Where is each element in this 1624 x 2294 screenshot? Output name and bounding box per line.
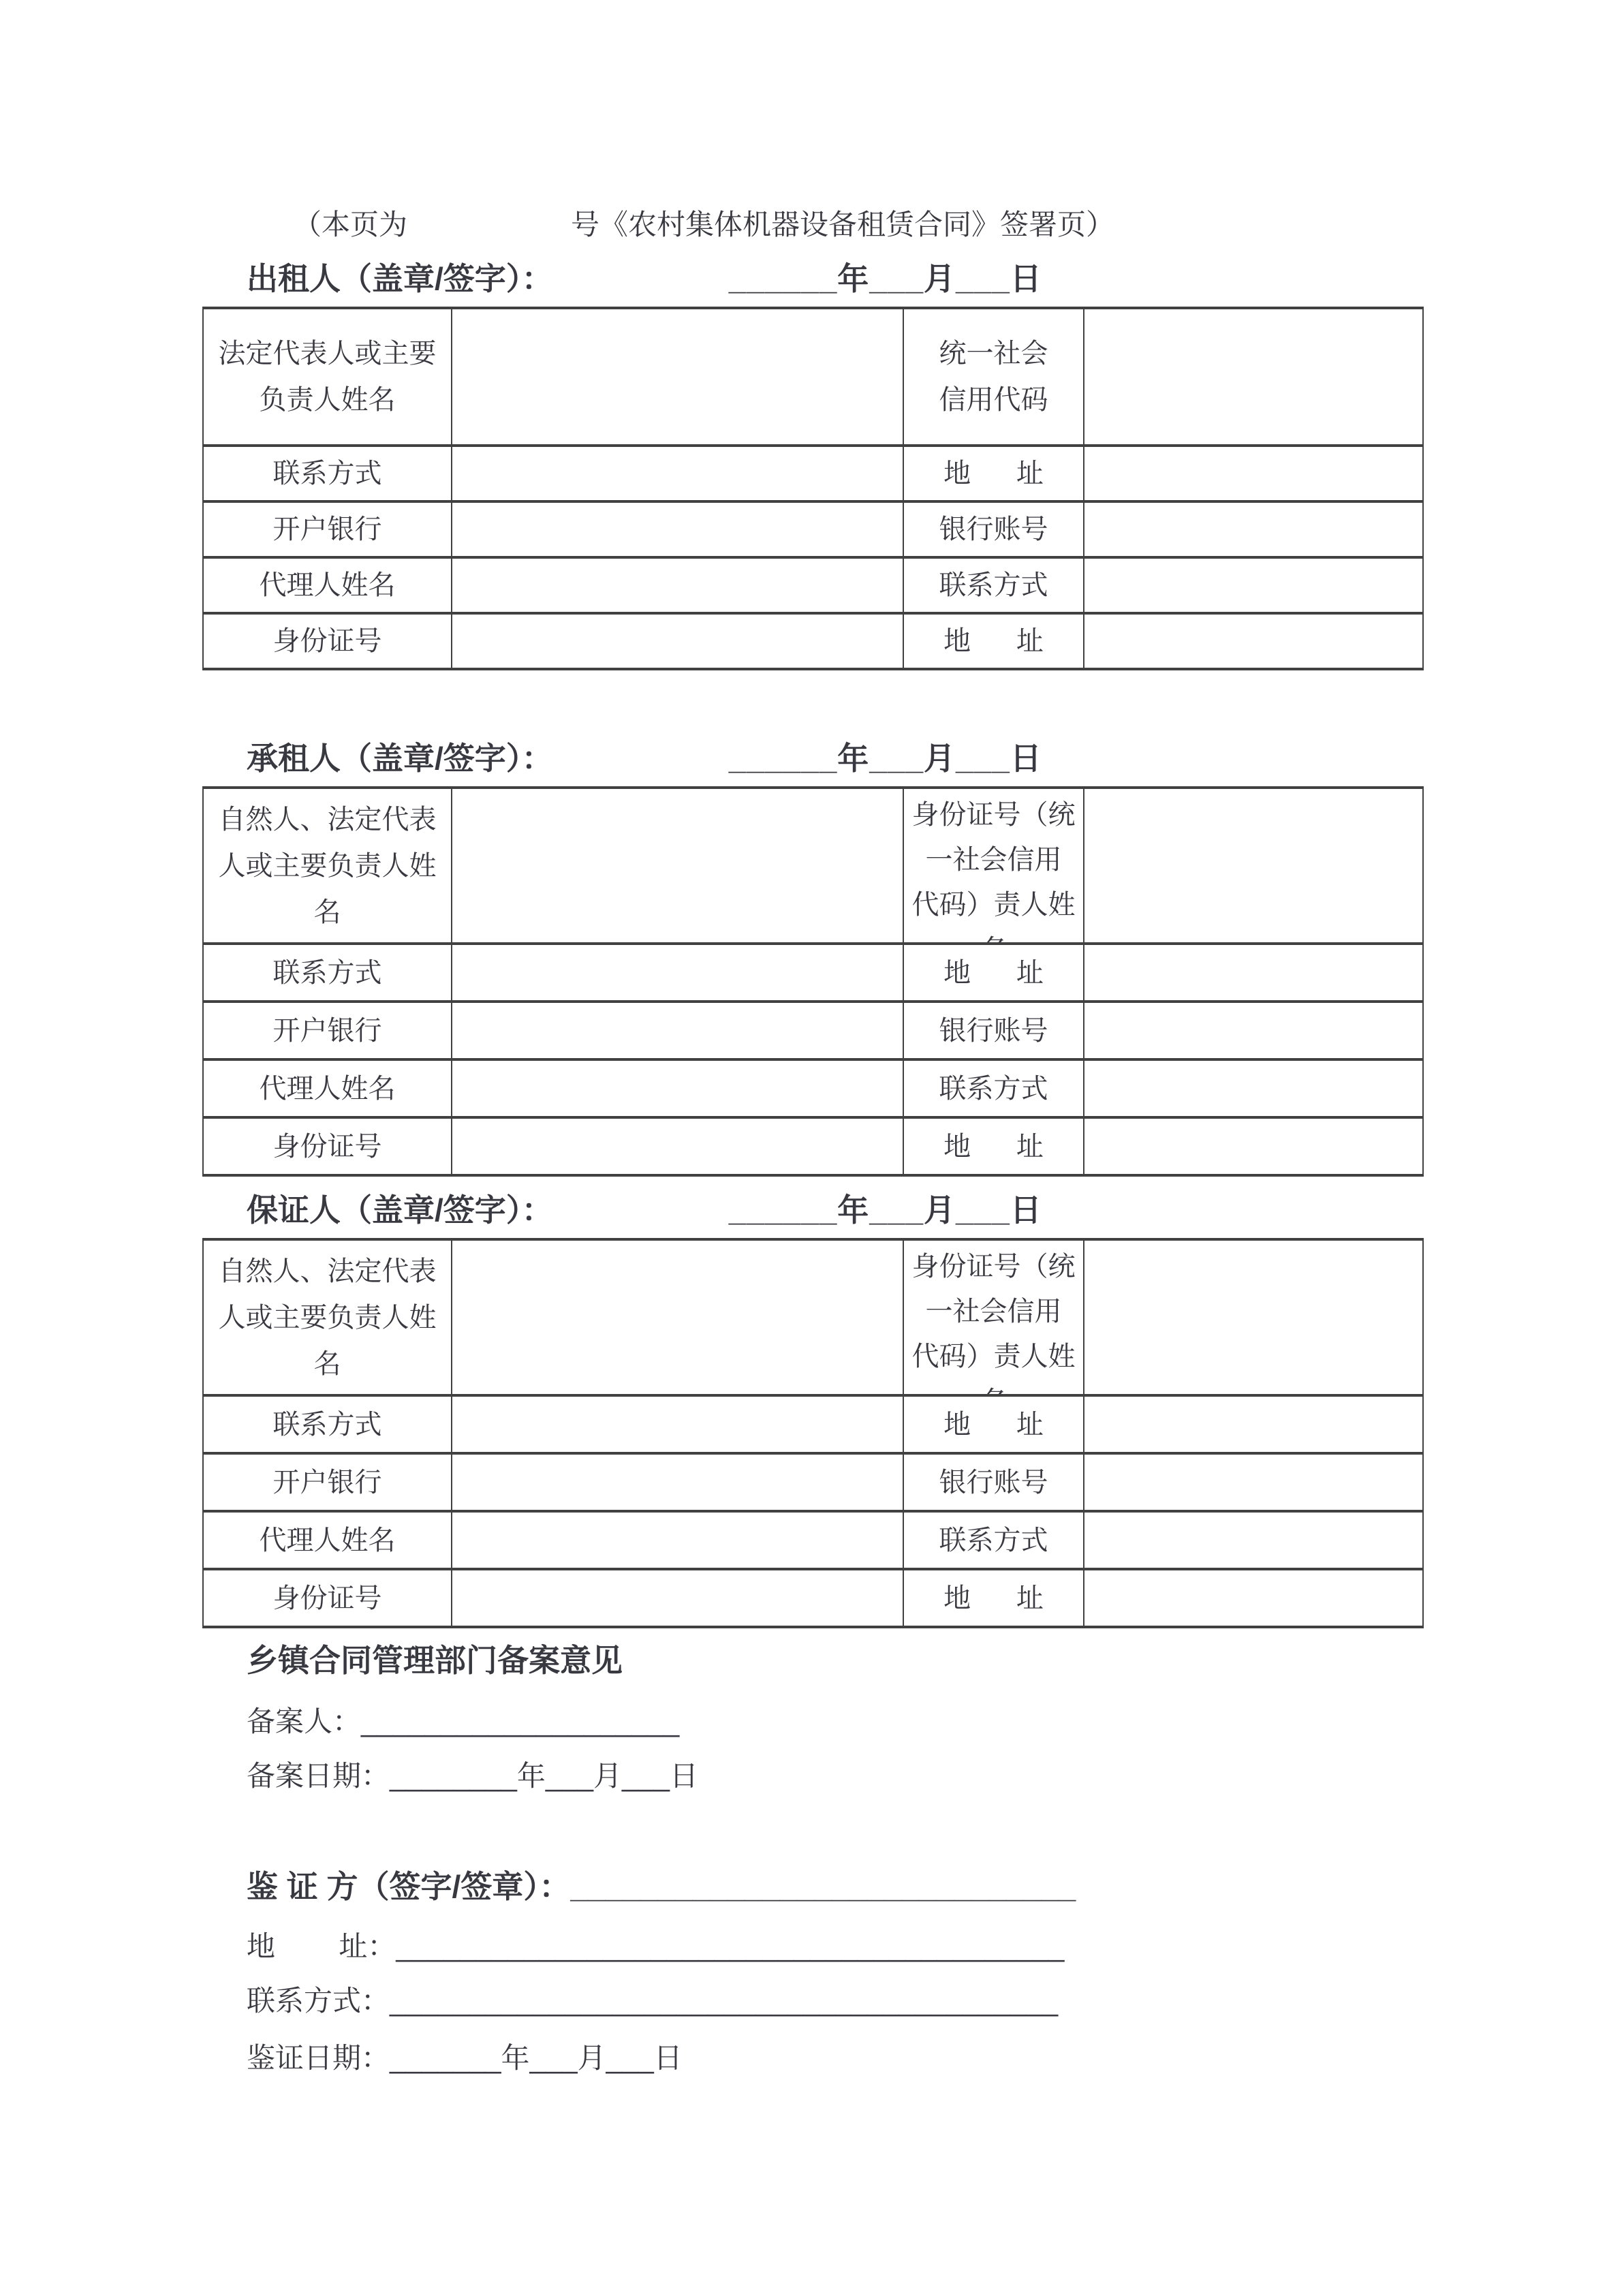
field-label-cell: 开户银行 [203, 1453, 452, 1511]
guarantor-section-heading: 保证人（盖章/签字）：______年___月___日 [247, 1193, 1624, 1227]
field-label: 银行账号 [904, 506, 1083, 553]
field-label-cell: 联系方式 [903, 1059, 1084, 1117]
field-label: 联系方式 [904, 562, 1083, 608]
table-row: 联系方式地 址 [203, 1395, 1423, 1453]
filing-section-title: 乡镇合同管理部门备案意见 [247, 1643, 1624, 1677]
field-label: 开户银行 [204, 506, 451, 553]
field-label: 地 址 [904, 1123, 1083, 1170]
field-label: 身份证号（统 一社会信用 代码）责人姓 名 [904, 1241, 1083, 1394]
field-value-cell [1084, 1059, 1423, 1117]
lessee-info-table: 自然人、法定代表 人或主要负责人姓 名身份证号（统 一社会信用 代码）责人姓 名… [202, 786, 1424, 1177]
attestation-contact-blank: ________________________________________… [390, 1985, 1058, 2017]
field-label-cell: 地 址 [903, 1395, 1084, 1453]
field-label: 代理人姓名 [204, 1517, 451, 1564]
field-value-cell [452, 788, 903, 944]
field-value-cell [1084, 501, 1423, 557]
field-label: 地 址 [904, 950, 1083, 996]
field-label: 联系方式 [204, 450, 451, 497]
field-label-cell: 地 址 [903, 1569, 1084, 1627]
field-label-cell: 开户银行 [203, 1002, 452, 1059]
field-label: 联系方式 [204, 1401, 451, 1448]
field-label-cell: 身份证号 [203, 1569, 452, 1627]
field-label: 身份证号（统 一社会信用 代码）责人姓 名 [904, 789, 1083, 942]
filing-registrant-label: 备案人： [247, 1705, 361, 1737]
field-value-cell [1084, 1453, 1423, 1511]
lessor-info-table: 法定代表人或主要 负责人姓名统一社会 信用代码联系方式地 址开户银行银行账号代理… [202, 307, 1424, 670]
field-value-cell [1084, 1511, 1423, 1569]
page-header: （本页为号《农村集体机器设备租赁合同》签署页） [293, 208, 1624, 241]
field-label-cell: 代理人姓名 [203, 1511, 452, 1569]
field-label-cell: 身份证号（统 一社会信用 代码）责人姓 名 [903, 788, 1084, 944]
field-value-cell [452, 1453, 903, 1511]
contract-signature-page: （本页为号《农村集体机器设备租赁合同》签署页） 出租人（盖章/签字）：_____… [0, 0, 1624, 2294]
field-label: 法定代表人或主要 负责人姓名 [204, 330, 451, 423]
guarantor-info-table: 自然人、法定代表 人或主要负责人姓 名身份证号（统 一社会信用 代码）责人姓 名… [202, 1238, 1424, 1628]
table-row: 开户银行银行账号 [203, 501, 1423, 557]
attestation-address-label: 地 址： [247, 1930, 396, 1962]
filing-date-label: 备案日期： [247, 1760, 390, 1792]
table-row: 法定代表人或主要 负责人姓名统一社会 信用代码 [203, 308, 1423, 446]
field-label-cell: 开户银行 [203, 501, 452, 557]
lessor-date-line: ______年___月___日 [729, 261, 1042, 296]
table-row: 联系方式地 址 [203, 944, 1423, 1002]
field-value-cell [452, 1395, 903, 1453]
field-label: 地 址 [904, 1575, 1083, 1622]
field-label: 身份证号 [204, 1575, 451, 1622]
field-value-cell [452, 1059, 903, 1117]
field-label: 身份证号 [204, 1123, 451, 1170]
field-label: 开户银行 [204, 1008, 451, 1054]
field-label-cell: 法定代表人或主要 负责人姓名 [203, 308, 452, 446]
table-row: 身份证号地 址 [203, 1569, 1423, 1627]
field-label: 代理人姓名 [204, 562, 451, 608]
field-value-cell [452, 1117, 903, 1175]
field-label: 联系方式 [204, 950, 451, 996]
attestation-date-label: 鉴证日期： [247, 2042, 390, 2074]
page-header-prefix: （本页为 [293, 208, 407, 241]
attestation-date-line: 鉴证日期：_______年___月___日 [247, 2041, 1624, 2075]
field-label-cell: 身份证号（统 一社会信用 代码）责人姓 名 [903, 1239, 1084, 1395]
field-label-cell: 联系方式 [203, 446, 452, 501]
field-label-cell: 联系方式 [903, 1511, 1084, 1569]
field-value-cell [1084, 1239, 1423, 1395]
field-label: 银行账号 [904, 1459, 1083, 1506]
field-label-cell: 地 址 [903, 446, 1084, 501]
attestation-contact-line: 联系方式：___________________________________… [247, 1984, 1624, 2018]
field-value-cell [1084, 1117, 1423, 1175]
page-header-suffix: 号《农村集体机器设备租赁合同》签署页） [571, 208, 1114, 241]
table-row: 自然人、法定代表 人或主要负责人姓 名身份证号（统 一社会信用 代码）责人姓 名 [203, 1239, 1423, 1395]
field-value-cell [1084, 308, 1423, 446]
field-label-cell: 地 址 [903, 613, 1084, 669]
field-label: 代理人姓名 [204, 1066, 451, 1112]
field-value-cell [452, 1002, 903, 1059]
table-row: 代理人姓名联系方式 [203, 1059, 1423, 1117]
filing-date-blank: ________年___月___日 [390, 1760, 698, 1792]
attestation-title-blank: _____________________________ [570, 1869, 1076, 1904]
field-value-cell [1084, 613, 1423, 669]
guarantor-date-line: ______年___月___日 [729, 1192, 1042, 1228]
field-label-cell: 身份证号 [203, 1117, 452, 1175]
lessee-date-line: ______年___月___日 [729, 741, 1042, 776]
field-label-cell: 地 址 [903, 944, 1084, 1002]
field-value-cell [1084, 1002, 1423, 1059]
field-label-cell: 自然人、法定代表 人或主要负责人姓 名 [203, 1239, 452, 1395]
attestation-date-blank: _______年___月___日 [390, 2042, 683, 2074]
field-label: 地 址 [904, 1401, 1083, 1448]
field-label-cell: 联系方式 [903, 557, 1084, 613]
field-value-cell [1084, 1569, 1423, 1627]
field-label-cell: 统一社会 信用代码 [903, 308, 1084, 446]
field-label-cell: 自然人、法定代表 人或主要负责人姓 名 [203, 788, 452, 944]
field-label-cell: 联系方式 [203, 944, 452, 1002]
filing-registrant-line: 备案人：____________________ [247, 1705, 1624, 1739]
attestation-title-label: 鉴 证 方（签字/签章）： [247, 1869, 570, 1904]
field-label: 地 址 [904, 450, 1083, 497]
field-label-cell: 代理人姓名 [203, 1059, 452, 1117]
lessor-section-heading: 出租人（盖章/签字）：______年___月___日 [247, 262, 1624, 296]
field-value-cell [1084, 788, 1423, 944]
field-label: 自然人、法定代表 人或主要负责人姓 名 [204, 796, 451, 935]
guarantor-title: 保证人（盖章/签字）： [247, 1192, 553, 1228]
field-label-cell: 银行账号 [903, 1453, 1084, 1511]
table-row: 代理人姓名联系方式 [203, 557, 1423, 613]
field-value-cell [1084, 446, 1423, 501]
field-label: 身份证号 [204, 618, 451, 664]
field-value-cell [452, 557, 903, 613]
field-label: 地 址 [904, 618, 1083, 664]
filing-registrant-blank: ____________________ [361, 1705, 679, 1737]
attestation-address-line: 地 址：____________________________________… [247, 1929, 1624, 1964]
field-label: 银行账号 [904, 1008, 1083, 1054]
table-row: 身份证号地 址 [203, 1117, 1423, 1175]
field-label-cell: 地 址 [903, 1117, 1084, 1175]
field-label: 自然人、法定代表 人或主要负责人姓 名 [204, 1248, 451, 1387]
lessee-section-heading: 承租人（盖章/签字）：______年___月___日 [247, 741, 1624, 775]
field-value-cell [452, 1239, 903, 1395]
field-label: 联系方式 [904, 1066, 1083, 1112]
filing-date-line: 备案日期：________年___月___日 [247, 1759, 1624, 1793]
field-value-cell [1084, 1395, 1423, 1453]
lessee-title: 承租人（盖章/签字）： [247, 741, 553, 776]
field-value-cell [452, 944, 903, 1002]
attestation-title-line: 鉴 证 方（签字/签章）：___________________________… [247, 1870, 1624, 1904]
field-label-cell: 代理人姓名 [203, 557, 452, 613]
table-row: 开户银行银行账号 [203, 1002, 1423, 1059]
field-value-cell [452, 501, 903, 557]
field-label-cell: 联系方式 [203, 1395, 452, 1453]
field-label-cell: 银行账号 [903, 501, 1084, 557]
field-value-cell [1084, 557, 1423, 613]
attestation-contact-label: 联系方式： [247, 1985, 390, 2017]
field-label: 开户银行 [204, 1459, 451, 1506]
table-row: 开户银行银行账号 [203, 1453, 1423, 1511]
field-value-cell [1084, 944, 1423, 1002]
table-row: 代理人姓名联系方式 [203, 1511, 1423, 1569]
table-row: 联系方式地 址 [203, 446, 1423, 501]
field-label-cell: 身份证号 [203, 613, 452, 669]
table-row: 身份证号地 址 [203, 613, 1423, 669]
field-value-cell [452, 308, 903, 446]
field-label: 联系方式 [904, 1517, 1083, 1564]
field-value-cell [452, 1569, 903, 1627]
field-value-cell [452, 1511, 903, 1569]
field-label: 统一社会 信用代码 [904, 330, 1083, 423]
field-value-cell [452, 446, 903, 501]
table-row: 自然人、法定代表 人或主要负责人姓 名身份证号（统 一社会信用 代码）责人姓 名 [203, 788, 1423, 944]
field-label-cell: 银行账号 [903, 1002, 1084, 1059]
field-value-cell [452, 613, 903, 669]
lessor-title: 出租人（盖章/签字）： [247, 261, 553, 296]
attestation-address-blank: ________________________________________… [396, 1930, 1064, 1962]
